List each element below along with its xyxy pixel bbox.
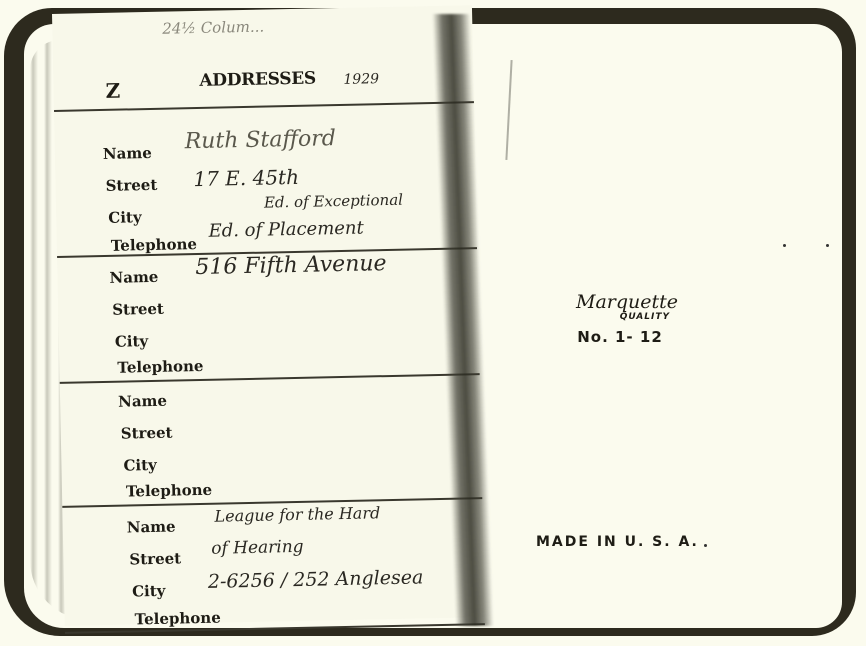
ink-speck xyxy=(826,244,829,247)
name-value[interactable]: Ruth Stafford xyxy=(184,126,336,154)
name-label: Name xyxy=(103,144,152,163)
address-book-scan: 24½ Colum... Z ADDRESSES 1929 Name Ruth … xyxy=(0,0,866,646)
name-label: Name xyxy=(127,518,176,537)
ink-speck xyxy=(783,244,786,247)
street-label: Street xyxy=(105,176,157,195)
brand-block: Marquette QUALITY No. 1- 12 xyxy=(560,292,680,346)
index-letter: Z xyxy=(105,79,120,103)
year-note: 1929 xyxy=(343,71,379,88)
city-label: City xyxy=(108,208,142,227)
origin-label: MADE IN U. S. A. xyxy=(536,534,699,550)
street-label: Street xyxy=(112,300,164,319)
ink-speck xyxy=(704,544,707,547)
telephone-label: Telephone xyxy=(135,609,221,629)
address-entry: Name Street City Telephone xyxy=(108,381,468,389)
name-value[interactable]: League for the Hard xyxy=(214,503,380,525)
telephone-label: Telephone xyxy=(126,481,212,501)
name-label: Name xyxy=(118,392,167,411)
brand-subtitle: QUALITY xyxy=(560,312,670,322)
telephone-label: Telephone xyxy=(117,357,203,377)
telephone-label: Telephone xyxy=(111,235,197,255)
address-entry: Name 516 Fifth Avenue Street City Teleph… xyxy=(105,255,465,263)
city-label: City xyxy=(123,456,157,475)
brand-name: Marquette xyxy=(574,292,680,312)
street-value[interactable]: of Hearing xyxy=(211,537,304,559)
street-label: Street xyxy=(121,424,173,443)
name-value[interactable]: 516 Fifth Avenue xyxy=(195,251,387,280)
address-entry: Name Ruth Stafford Street 17 E. 45th Cit… xyxy=(102,113,462,121)
section-title: ADDRESSES xyxy=(199,68,316,90)
pencil-note: 24½ Colum... xyxy=(162,18,264,38)
city-value[interactable]: 2-6256 / 252 Anglesea xyxy=(208,566,424,593)
street-label: Street xyxy=(129,549,181,568)
header-rule xyxy=(54,101,474,112)
telephone-value[interactable]: Ed. of Placement xyxy=(208,218,364,242)
address-entry: Name League for the Hard Street of Heari… xyxy=(110,505,470,513)
address-page: 24½ Colum... Z ADDRESSES 1929 Name Ruth … xyxy=(52,5,485,626)
model-number: No. 1- 12 xyxy=(560,328,680,346)
city-note[interactable]: Ed. of Exceptional xyxy=(264,191,403,212)
name-label: Name xyxy=(109,268,158,287)
city-label: City xyxy=(132,582,166,601)
city-label: City xyxy=(115,332,149,351)
street-value[interactable]: 17 E. 45th xyxy=(193,165,299,191)
